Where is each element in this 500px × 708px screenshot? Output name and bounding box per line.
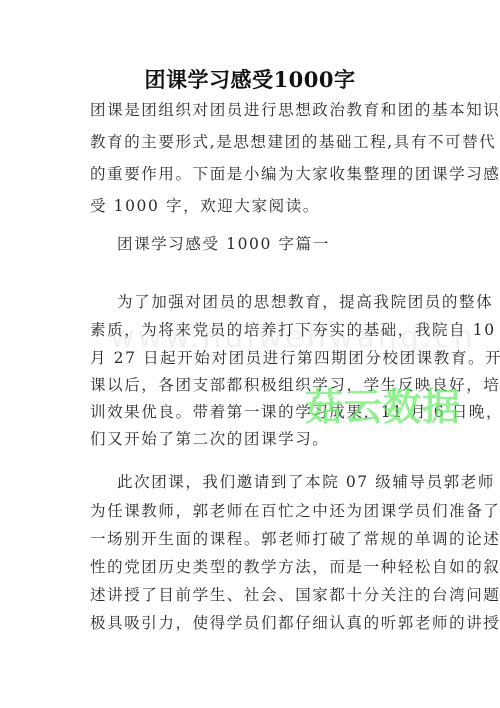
paragraph-line: 极具吸引力，使得学员们都仔细认真的听郭老师的讲授， bbox=[90, 611, 500, 633]
paragraph-line: 一场别开生面的课程。郭老师打破了常规的单调的论述 bbox=[90, 527, 500, 549]
intro-line: 团课是团组织对团员进行思想政治教育和团的基本知识 bbox=[90, 98, 500, 120]
intro-line: 受 1000 字，欢迎大家阅读。 bbox=[90, 194, 320, 216]
paragraph-line: 性的党团历史类型的教学方法，而是一种轻松自如的叙 bbox=[90, 555, 500, 577]
document-title: 团课学习感受1000字 bbox=[0, 64, 500, 94]
document-page: 团课学习感受1000字 团课是团组织对团员进行思想政治教育和团的基本知识 教育的… bbox=[0, 0, 500, 708]
paragraph-line: 为任课教师，郭老师在百忙之中还为团课学员们准备了 bbox=[90, 499, 500, 521]
paragraph-line: 们又开始了第二次的团课学习。 bbox=[90, 427, 329, 449]
intro-line: 教育的主要形式,是思想建团的基础工程,具有不可替代 bbox=[90, 130, 496, 152]
paragraph-line: 述讲授了目前学生、社会、国家都十分关注的台湾问题。 bbox=[90, 583, 500, 605]
paragraph-line: 为了加强对团员的思想教育，提高我院团员的整体 bbox=[117, 290, 493, 312]
paragraph-line: 此次团课，我们邀请到了本院 07 级辅导员郭老师 bbox=[117, 470, 495, 492]
section-heading: 团课学习感受 1000 字篇一 bbox=[117, 232, 330, 254]
intro-line: 的重要作用。下面是小编为大家收集整理的团课学习感 bbox=[90, 162, 500, 184]
url-watermark: www.huiwenwang.cn bbox=[110, 320, 476, 355]
brand-watermark: 菇云数据 bbox=[305, 376, 461, 431]
